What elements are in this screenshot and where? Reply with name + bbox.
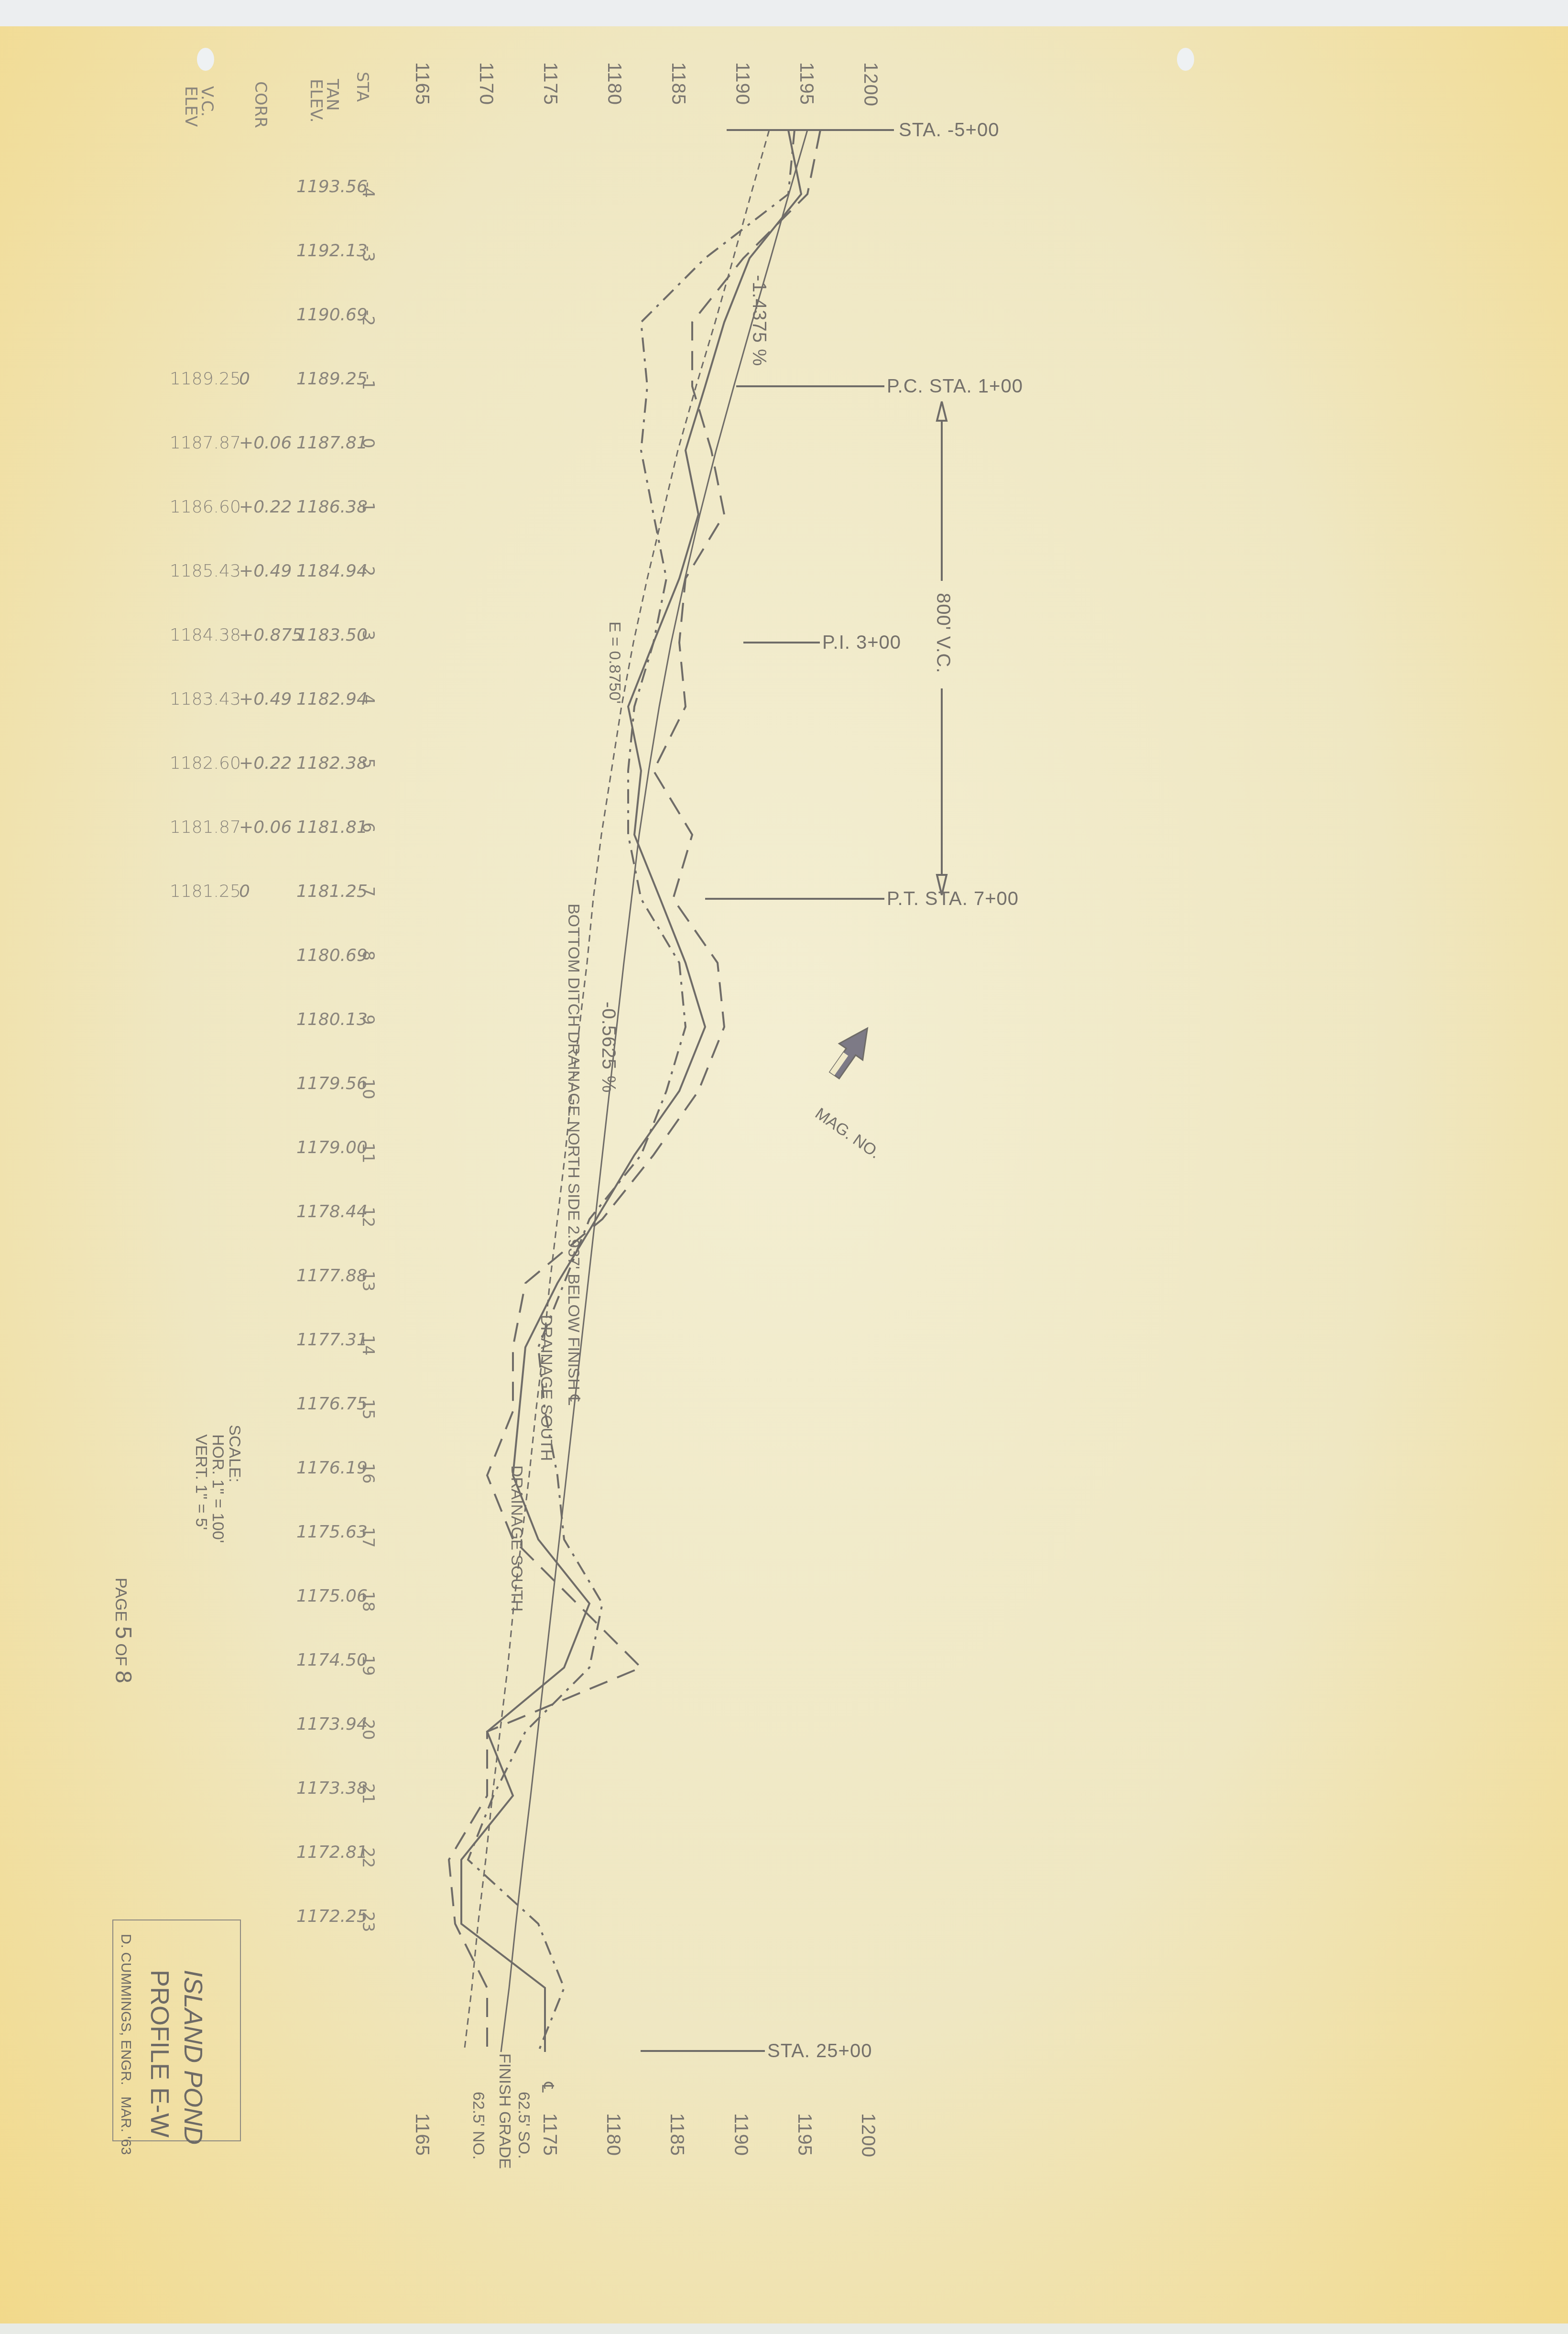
page-total: 8 [110, 1670, 136, 1683]
page-label: PAGE [112, 1578, 130, 1622]
label-ditch-note: BOTTOM DITCH DRAINAGE NORTH SIDE 2.937' … [564, 904, 583, 1405]
scale-vertical: VERT. 1" = 5' [192, 1434, 210, 1530]
label-e-value: E = 0.8750' [605, 622, 624, 704]
profile-line-1 [461, 130, 801, 2052]
scale-heading: SCALE: [225, 1425, 244, 1483]
north-arrow-icon [823, 1020, 879, 1084]
page-number: 5 [110, 1626, 136, 1639]
label-drainage-south-2: DRAINAGE SOUTH [507, 1465, 526, 1612]
label-grade-1: -1.4375 % [748, 275, 770, 366]
scale-horizontal: HOR. 1" = 100' [208, 1434, 227, 1543]
drawing-title: ISLAND POND [178, 1970, 208, 2145]
drawing-date: MAR. '63 [118, 2096, 134, 2155]
drawing-subtitle: PROFILE E-W [145, 1970, 174, 2138]
label-pc: P.C. STA. 1+00 [887, 376, 1023, 397]
label-pt: P.T. STA. 7+00 [887, 888, 1019, 910]
page-indicator: PAGE 5 OF 8 [110, 1578, 136, 1683]
legend-finish-grade: FINISH GRADE [495, 2053, 514, 2169]
engineer-name: D. CUMMINGS, ENGR. [118, 1934, 134, 2085]
label-vc-length: 800' V.C. [932, 593, 954, 674]
profile-line-0 [501, 130, 807, 2052]
profile-line-2 [449, 130, 820, 2052]
label-pi: P.I. 3+00 [822, 632, 901, 654]
legend-north-62-5: 62.5' NO. [469, 2092, 488, 2160]
profile-line-3 [468, 130, 795, 2052]
page-of: OF [112, 1644, 130, 1666]
legend-centerline: ℄ [538, 2082, 557, 2093]
label-sta-end: STA. 25+00 [767, 2040, 872, 2062]
legend-south-62-5: 62.5' SO. [514, 2092, 533, 2159]
label-sta-start: STA. -5+00 [899, 120, 999, 141]
label-drainage-south-1: DRAINAGE SOUTH [537, 1315, 555, 1461]
label-grade-2: -0.5625 % [598, 1002, 619, 1093]
